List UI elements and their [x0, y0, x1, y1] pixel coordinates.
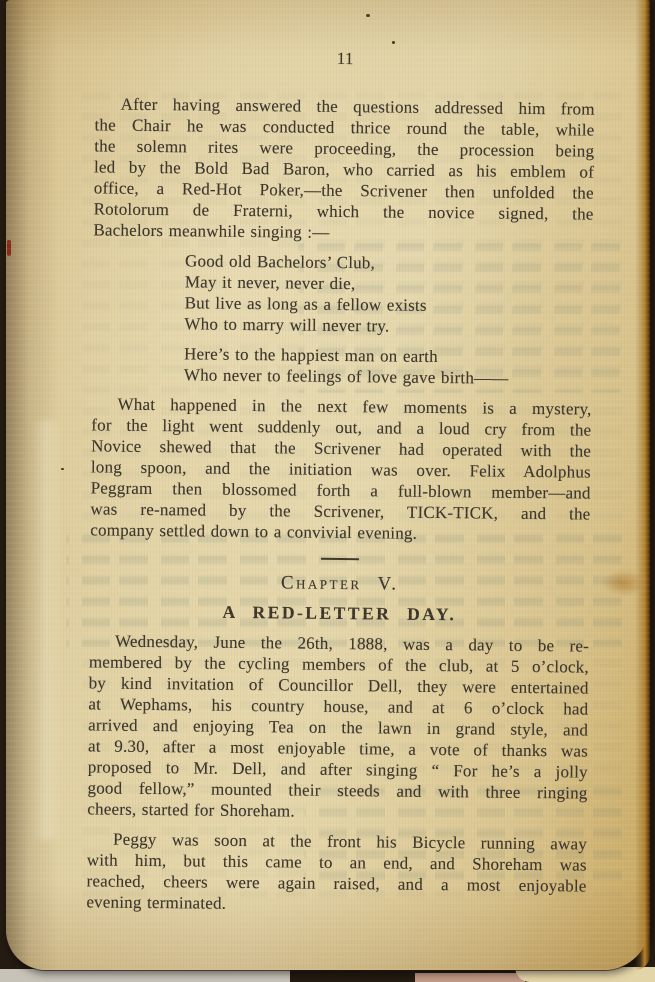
paragraph-mystery: What happened in the next few moments is…	[90, 393, 592, 545]
page-number: 11	[95, 0, 596, 72]
chapter-heading: Chapter V.	[90, 570, 590, 596]
binding-thread	[7, 240, 11, 256]
verse-line: Who never to feelings of love gave birth…	[184, 364, 592, 389]
underlying-page-edge	[415, 973, 525, 982]
speck	[61, 468, 64, 470]
book-page: 11 After having answered the questions a…	[6, 0, 650, 970]
page-content: 11 After having answered the questions a…	[86, 0, 596, 918]
book-scan: 11 After having answered the questions a…	[0, 0, 655, 982]
scanner-bed-strip	[0, 969, 290, 982]
verse-stanza-1: Good old Bachelors’ Club,May it never, n…	[184, 250, 593, 338]
verse-stanza-2: Here’s to the happiest man on earthWho n…	[184, 343, 592, 389]
page-edge-right	[635, 0, 650, 970]
verse-line: Who to marry will never try.	[184, 313, 592, 338]
page-fold-highlight	[32, 420, 62, 840]
section-title: A RED-LETTER DAY.	[89, 600, 589, 626]
section-divider	[321, 558, 359, 560]
paragraph-red-letter-day: Wednesday, June the 26th, 1888, was a da…	[87, 630, 589, 824]
paragraph-initiation: After having answered the questions addr…	[93, 93, 595, 245]
paragraph-peggy: Peggy was soon at the front his Bicycle …	[86, 828, 587, 917]
